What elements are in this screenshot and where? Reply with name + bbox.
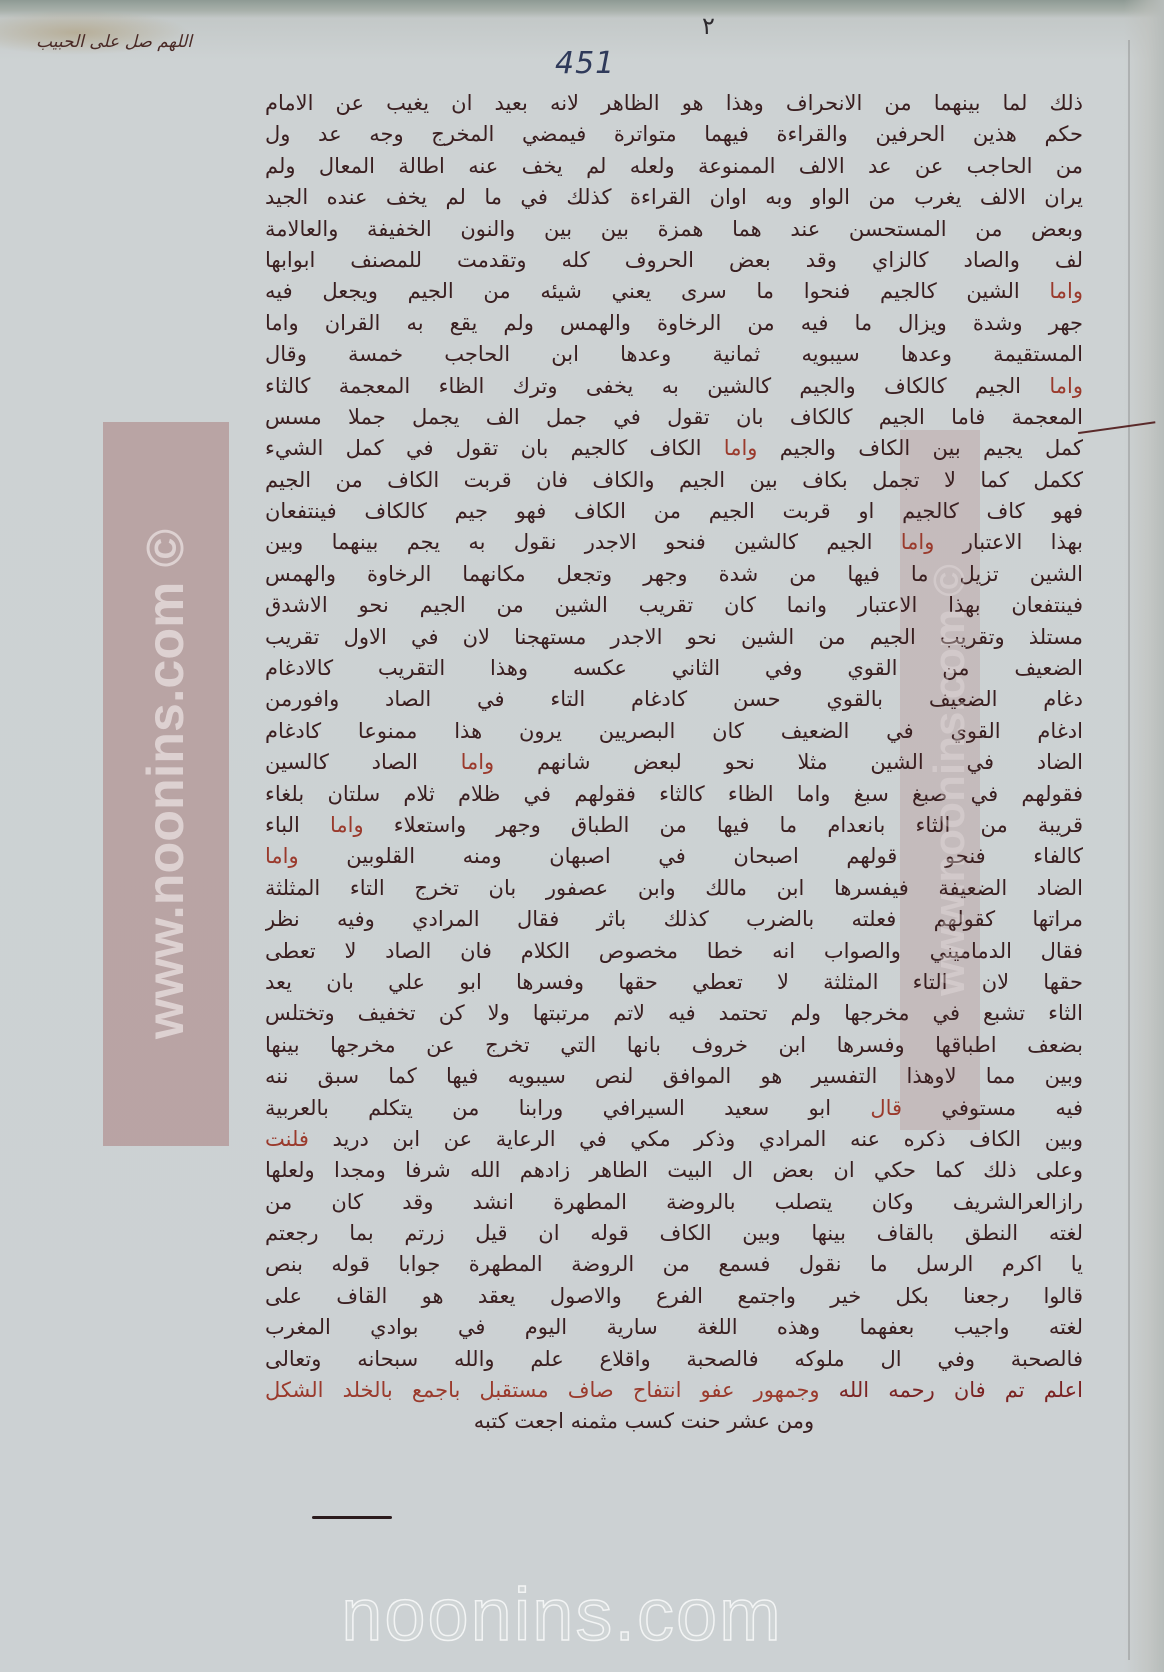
line-text: وبين الكاف ذكره عنه المرادي وذكر مكي في … bbox=[309, 1127, 1083, 1151]
manuscript-line: ومن عشر حنت كسب مثمنه اجعت كتبه bbox=[265, 1406, 1083, 1437]
rubric-word: وجمهور عفو انتفاح صاف مستقبل باجمع بالخل… bbox=[265, 1378, 820, 1402]
page-fold-line bbox=[1128, 40, 1130, 1660]
manuscript-line: وعلى ذلك كما حكي ان بعض ال البيت الطاهر … bbox=[265, 1155, 1083, 1186]
manuscript-line: فالصحبة وفي ال ملوكه فالصحبة واقلاع علم … bbox=[265, 1344, 1083, 1375]
manuscript-line: حكم هذين الحرفين والقراءة فيهما متواترة … bbox=[265, 119, 1083, 150]
manuscript-line: جهر وشدة ويزال ما فيه من الرخاوة والهمس … bbox=[265, 308, 1083, 339]
line-text: اعلم تم فان رحمه الله bbox=[820, 1378, 1083, 1402]
folio-number: 451 bbox=[555, 46, 615, 81]
rubric-word: واما bbox=[330, 813, 364, 837]
watermark-vertical-left: www.noonins.com © bbox=[136, 424, 196, 1144]
manuscript-line: لغته النطق بالقاف بينها وبين الكاف قوله … bbox=[265, 1218, 1083, 1249]
manuscript-page: اللهم صل على الحبيب ٢ 451 ذلك لما بينهما… bbox=[0, 0, 1164, 1672]
line-text: ابو سعيد السيرافي ورابنا من يتكلم بالعرب… bbox=[265, 1096, 870, 1120]
manuscript-line: المعجمة فاما الجيم كالكاف بان تقول في جم… bbox=[265, 402, 1083, 433]
manuscript-line: يا اكرم الرسل ما نقول فسمع من الروضة الم… bbox=[265, 1249, 1083, 1280]
rubric-word: واما bbox=[1049, 374, 1083, 398]
manuscript-line: رازالعرالشريف وكان يتصلب بالروضة المطهرة… bbox=[265, 1187, 1083, 1218]
manuscript-line: لغته واجيب بعفهما وهذه اللغة سارية اليوم… bbox=[265, 1312, 1083, 1343]
manuscript-line: من الحاجب عن عد الالف الممنوعة ولعله لم … bbox=[265, 151, 1083, 182]
line-text: الجيم كالشين فنحو الاجدر نقول به يجم بين… bbox=[265, 530, 901, 554]
manuscript-line: يران الالف يغرب من الواو وبه اوان القراء… bbox=[265, 182, 1083, 213]
rubric-word: فلنت bbox=[265, 1127, 309, 1151]
manuscript-line: قالوا رجعنا بكل خير واجتمع الفرع والاصول… bbox=[265, 1281, 1083, 1312]
line-text: الجيم كالكاف والجيم كالشين به يخفى وترك … bbox=[265, 374, 1049, 398]
watermark-vertical-right: www.noonins.com © bbox=[925, 430, 975, 1130]
corner-margin-note: اللهم صل على الحبيب bbox=[2, 18, 192, 66]
rubric-word: واما bbox=[461, 750, 495, 774]
line-text: كمل يجيم بين الكاف والجيم bbox=[757, 436, 1083, 460]
line-text: قريبة من الثاء بانعدام ما فيها من الطباق… bbox=[364, 813, 1083, 837]
line-text: الصاد كالسين bbox=[265, 750, 461, 774]
page-right-edge bbox=[1124, 0, 1164, 1672]
rubric-word: واما bbox=[265, 844, 299, 868]
manuscript-line: لف والصاد كالزاي وقد بعض الحروف كله وتقد… bbox=[265, 245, 1083, 276]
watermark-bottom: noonins.com bbox=[262, 1575, 862, 1655]
manuscript-line: واما الجيم كالكاف والجيم كالشين به يخفى … bbox=[265, 371, 1083, 402]
line-text: الشين كالجيم فنحوا ما سرى يعني شيئه من ا… bbox=[265, 279, 1049, 303]
manuscript-line: واما الشين كالجيم فنحوا ما سرى يعني شيئه… bbox=[265, 276, 1083, 307]
rubric-word: واما bbox=[1049, 279, 1083, 303]
manuscript-line: وبعض من المستحسن عند هما همزة بين بين وا… bbox=[265, 214, 1083, 245]
rubric-word: واما bbox=[724, 436, 758, 460]
rubric-word: قال bbox=[870, 1096, 902, 1120]
folio-tick: ٢ bbox=[702, 12, 715, 40]
manuscript-line: اعلم تم فان رحمه الله وجمهور عفو انتفاح … bbox=[265, 1375, 1083, 1406]
manuscript-line: المستقيمة وعدها سيبويه ثمانية وعدها ابن … bbox=[265, 339, 1083, 370]
line-text: الكاف كالجيم بان تقول في كمل الشيء bbox=[265, 436, 724, 460]
line-text: الضاد في الشين مثلا نحو لبعض شانهم bbox=[494, 750, 1083, 774]
end-flourish-line bbox=[312, 1516, 392, 1519]
line-text: الباء bbox=[265, 813, 330, 837]
manuscript-line: ذلك لما بينهما من الانحراف وهذا هو الظاه… bbox=[265, 88, 1083, 119]
